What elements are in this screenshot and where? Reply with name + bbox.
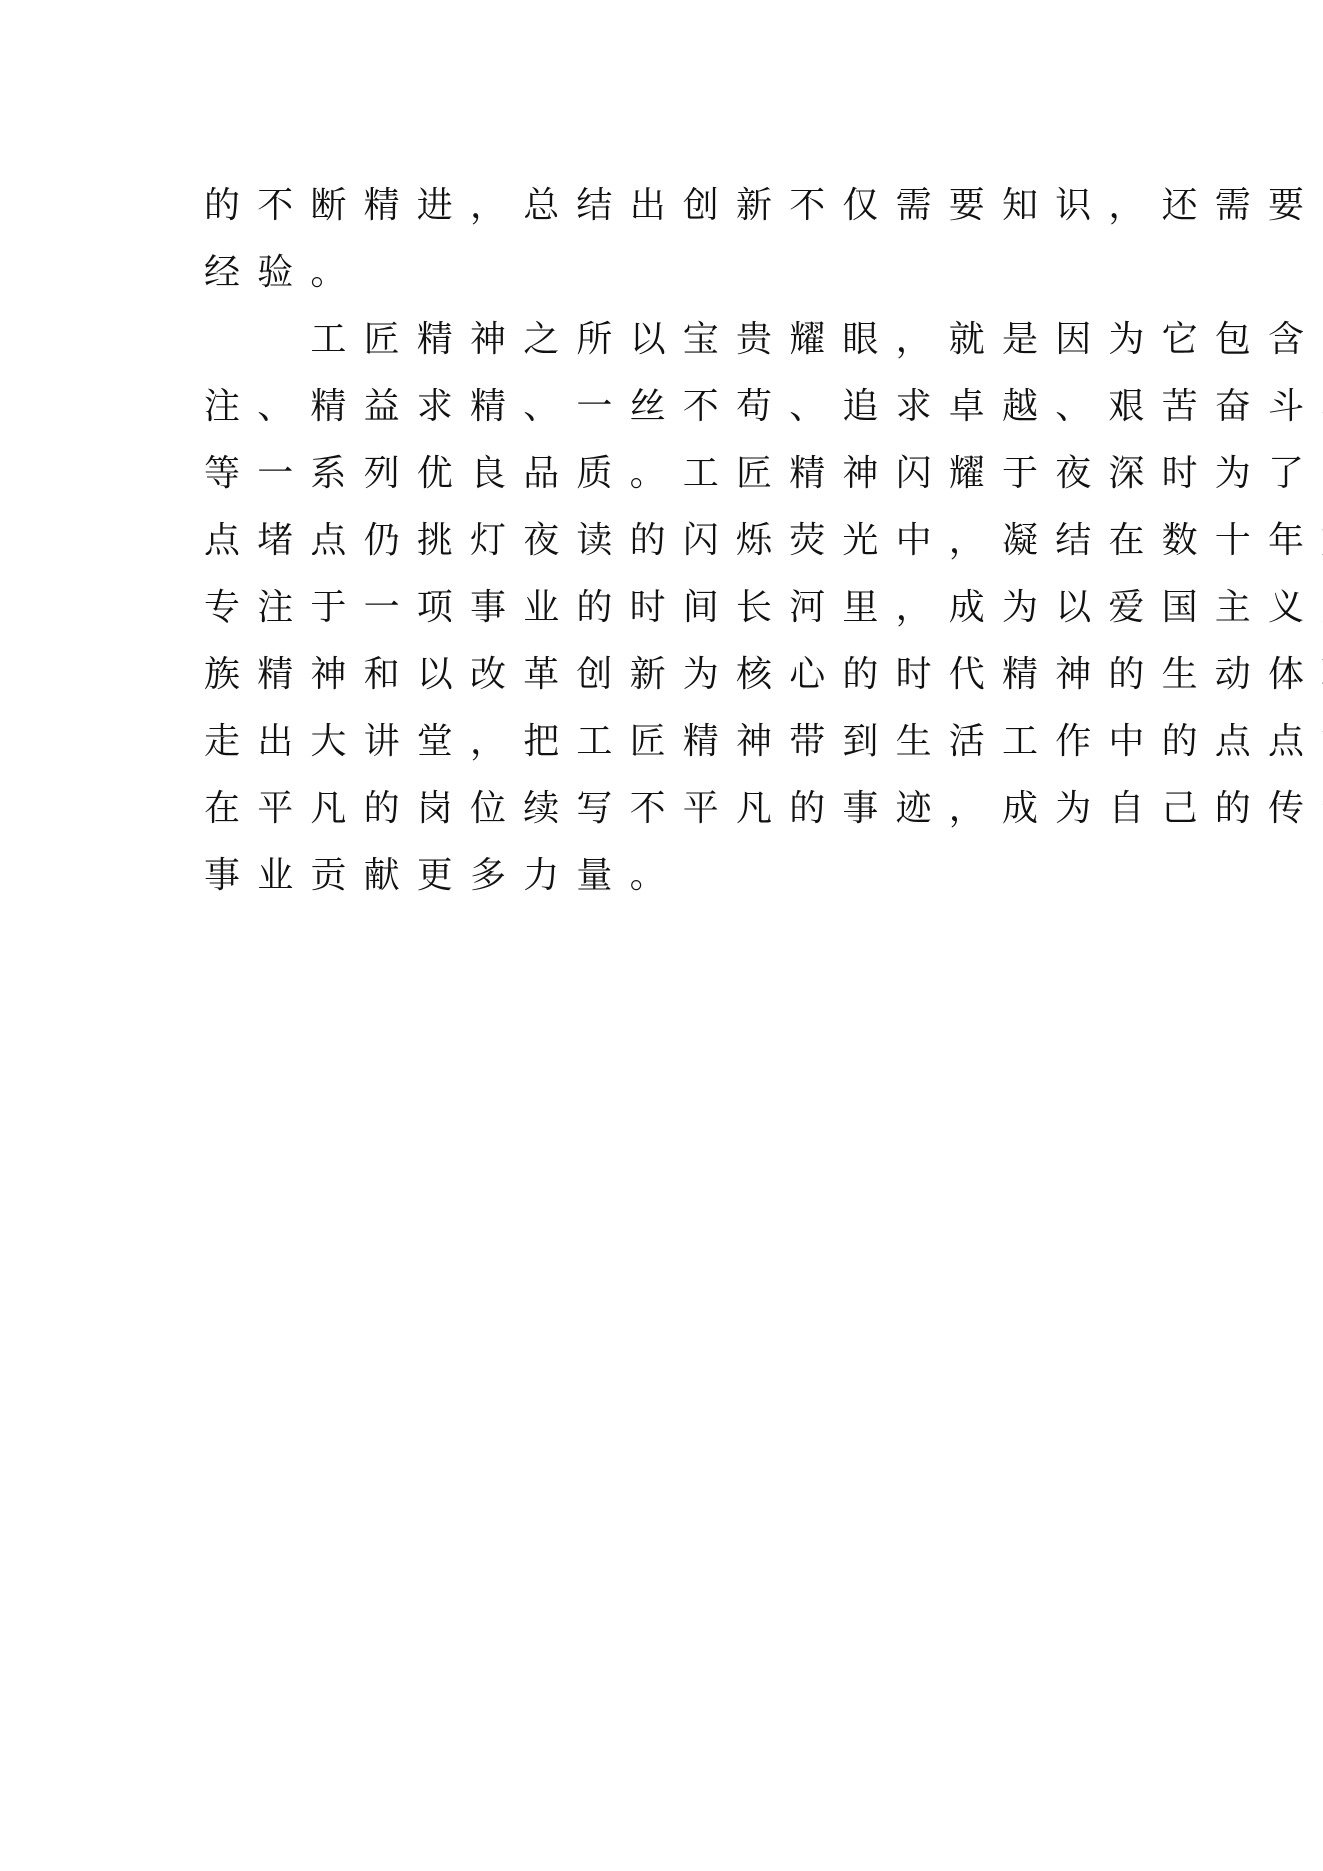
document-body: 的不断精进，总结出创新不仅需要知识，还需要勇气的亲身 经验。 工匠精神之所以宝贵…: [204, 172, 1124, 909]
text-line: 走出大讲堂，把工匠精神带到生活工作中的点点滴滴中去，: [204, 708, 1124, 775]
text-line: 注、精益求精、一丝不苟、追求卓越、艰苦奋斗、勇于创新: [204, 373, 1124, 440]
text-line: 的不断精进，总结出创新不仅需要知识，还需要勇气的亲身: [204, 172, 1124, 239]
text-line: 工匠精神之所以宝贵耀眼，就是因为它包含了执着专: [204, 306, 1124, 373]
text-line: 经验。: [204, 239, 1124, 306]
text-line: 专注于一项事业的时间长河里，成为以爱国主义为核心的民: [204, 574, 1124, 641]
paragraph-1: 的不断精进，总结出创新不仅需要知识，还需要勇气的亲身 经验。: [204, 172, 1124, 306]
text-line: 等一系列优良品质。工匠精神闪耀于夜深时为了一个工作难: [204, 440, 1124, 507]
text-line: 点堵点仍挑灯夜读的闪烁荧光中，凝结在数十年如一日潜心: [204, 507, 1124, 574]
paragraph-2: 工匠精神之所以宝贵耀眼，就是因为它包含了执着专 注、精益求精、一丝不苟、追求卓越…: [204, 306, 1124, 909]
document-page: 的不断精进，总结出创新不仅需要知识，还需要勇气的亲身 经验。 工匠精神之所以宝贵…: [0, 0, 1323, 1871]
text-line: 族精神和以改革创新为核心的时代精神的生动体现。让我们: [204, 641, 1124, 708]
text-line: 在平凡的岗位续写不平凡的事迹，成为自己的传奇，为伟大: [204, 775, 1124, 842]
text-line: 事业贡献更多力量。: [204, 842, 1124, 909]
